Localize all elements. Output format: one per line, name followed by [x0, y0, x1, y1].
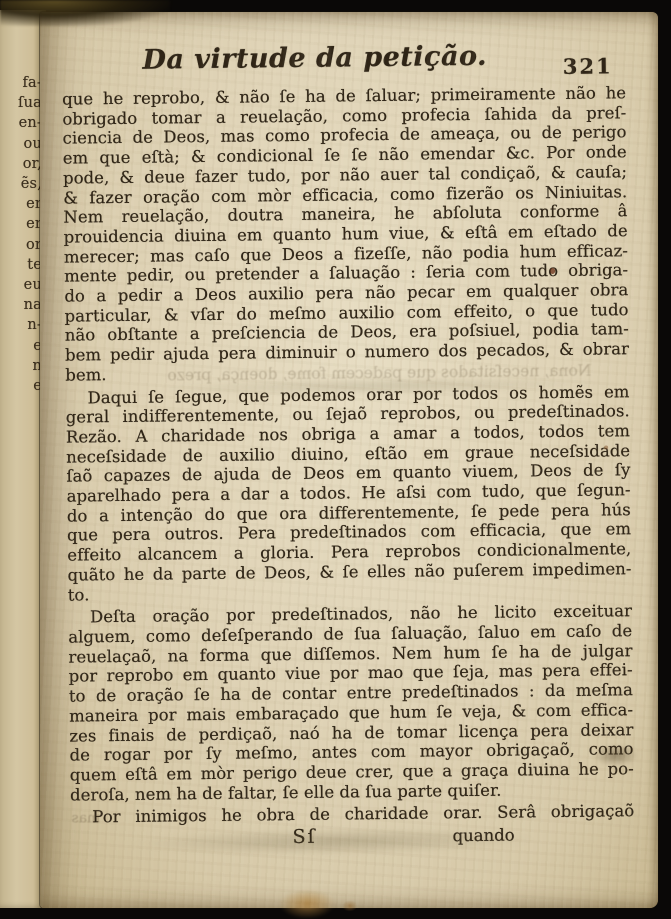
ink-smudge: [133, 826, 533, 857]
edge-text-fragment: er: [6, 214, 42, 234]
edge-text-fragment: e: [6, 336, 42, 356]
edge-text-fragment: fa-: [6, 73, 42, 93]
edge-text-fragment: n: [6, 356, 42, 376]
running-title: Da virtude da petição.: [125, 41, 505, 76]
ink-smudge: [593, 744, 639, 767]
ink-speck: [550, 268, 555, 274]
edge-text-fragment: ẽs,: [6, 174, 42, 194]
paper-stain: [279, 889, 335, 919]
page-number: 321: [563, 53, 623, 79]
edge-text-fragment: ou: [6, 134, 42, 154]
edge-text-fragment: e: [6, 376, 42, 396]
edge-text-fragment: er: [6, 194, 42, 214]
paragraph: Deſta oração por predeſtinados, não he l…: [68, 601, 634, 804]
edge-text-fragment: ſua: [6, 93, 42, 113]
ink-speck: [604, 445, 608, 449]
edge-text-fragment: en-: [6, 113, 42, 133]
paper-stain: [342, 900, 357, 911]
paragraph: Daqui ſe ſegue, que podemos orar por tod…: [65, 382, 631, 605]
edge-text-fragment: n-: [6, 315, 42, 335]
paragraph: que he reprobo, & não ſe ha de ſaluar; p…: [62, 83, 629, 385]
edge-text-fragment: or: [6, 235, 42, 255]
edge-text-fragment: eu: [6, 275, 42, 295]
binding-edge: [0, 0, 170, 26]
body-text: que he reprobo, & não ſe ha de ſaluar; p…: [62, 83, 634, 827]
page-content: Da virtude da petição. 321 que he reprob…: [39, 9, 667, 912]
book-page: Da virtude da petição. 321 que he reprob…: [40, 12, 658, 908]
facing-page-text-fragments: fa-ſuaen-ouor,ẽs,ererorteeunan-ene: [6, 73, 42, 396]
edge-text-fragment: or,: [6, 154, 42, 174]
edge-text-fragment: na: [6, 295, 42, 315]
scanned-book-page-photo: fa-ſuaen-ouor,ẽs,ererorteeunan-ene Da vi…: [0, 0, 671, 919]
edge-text-fragment: te: [6, 255, 42, 275]
